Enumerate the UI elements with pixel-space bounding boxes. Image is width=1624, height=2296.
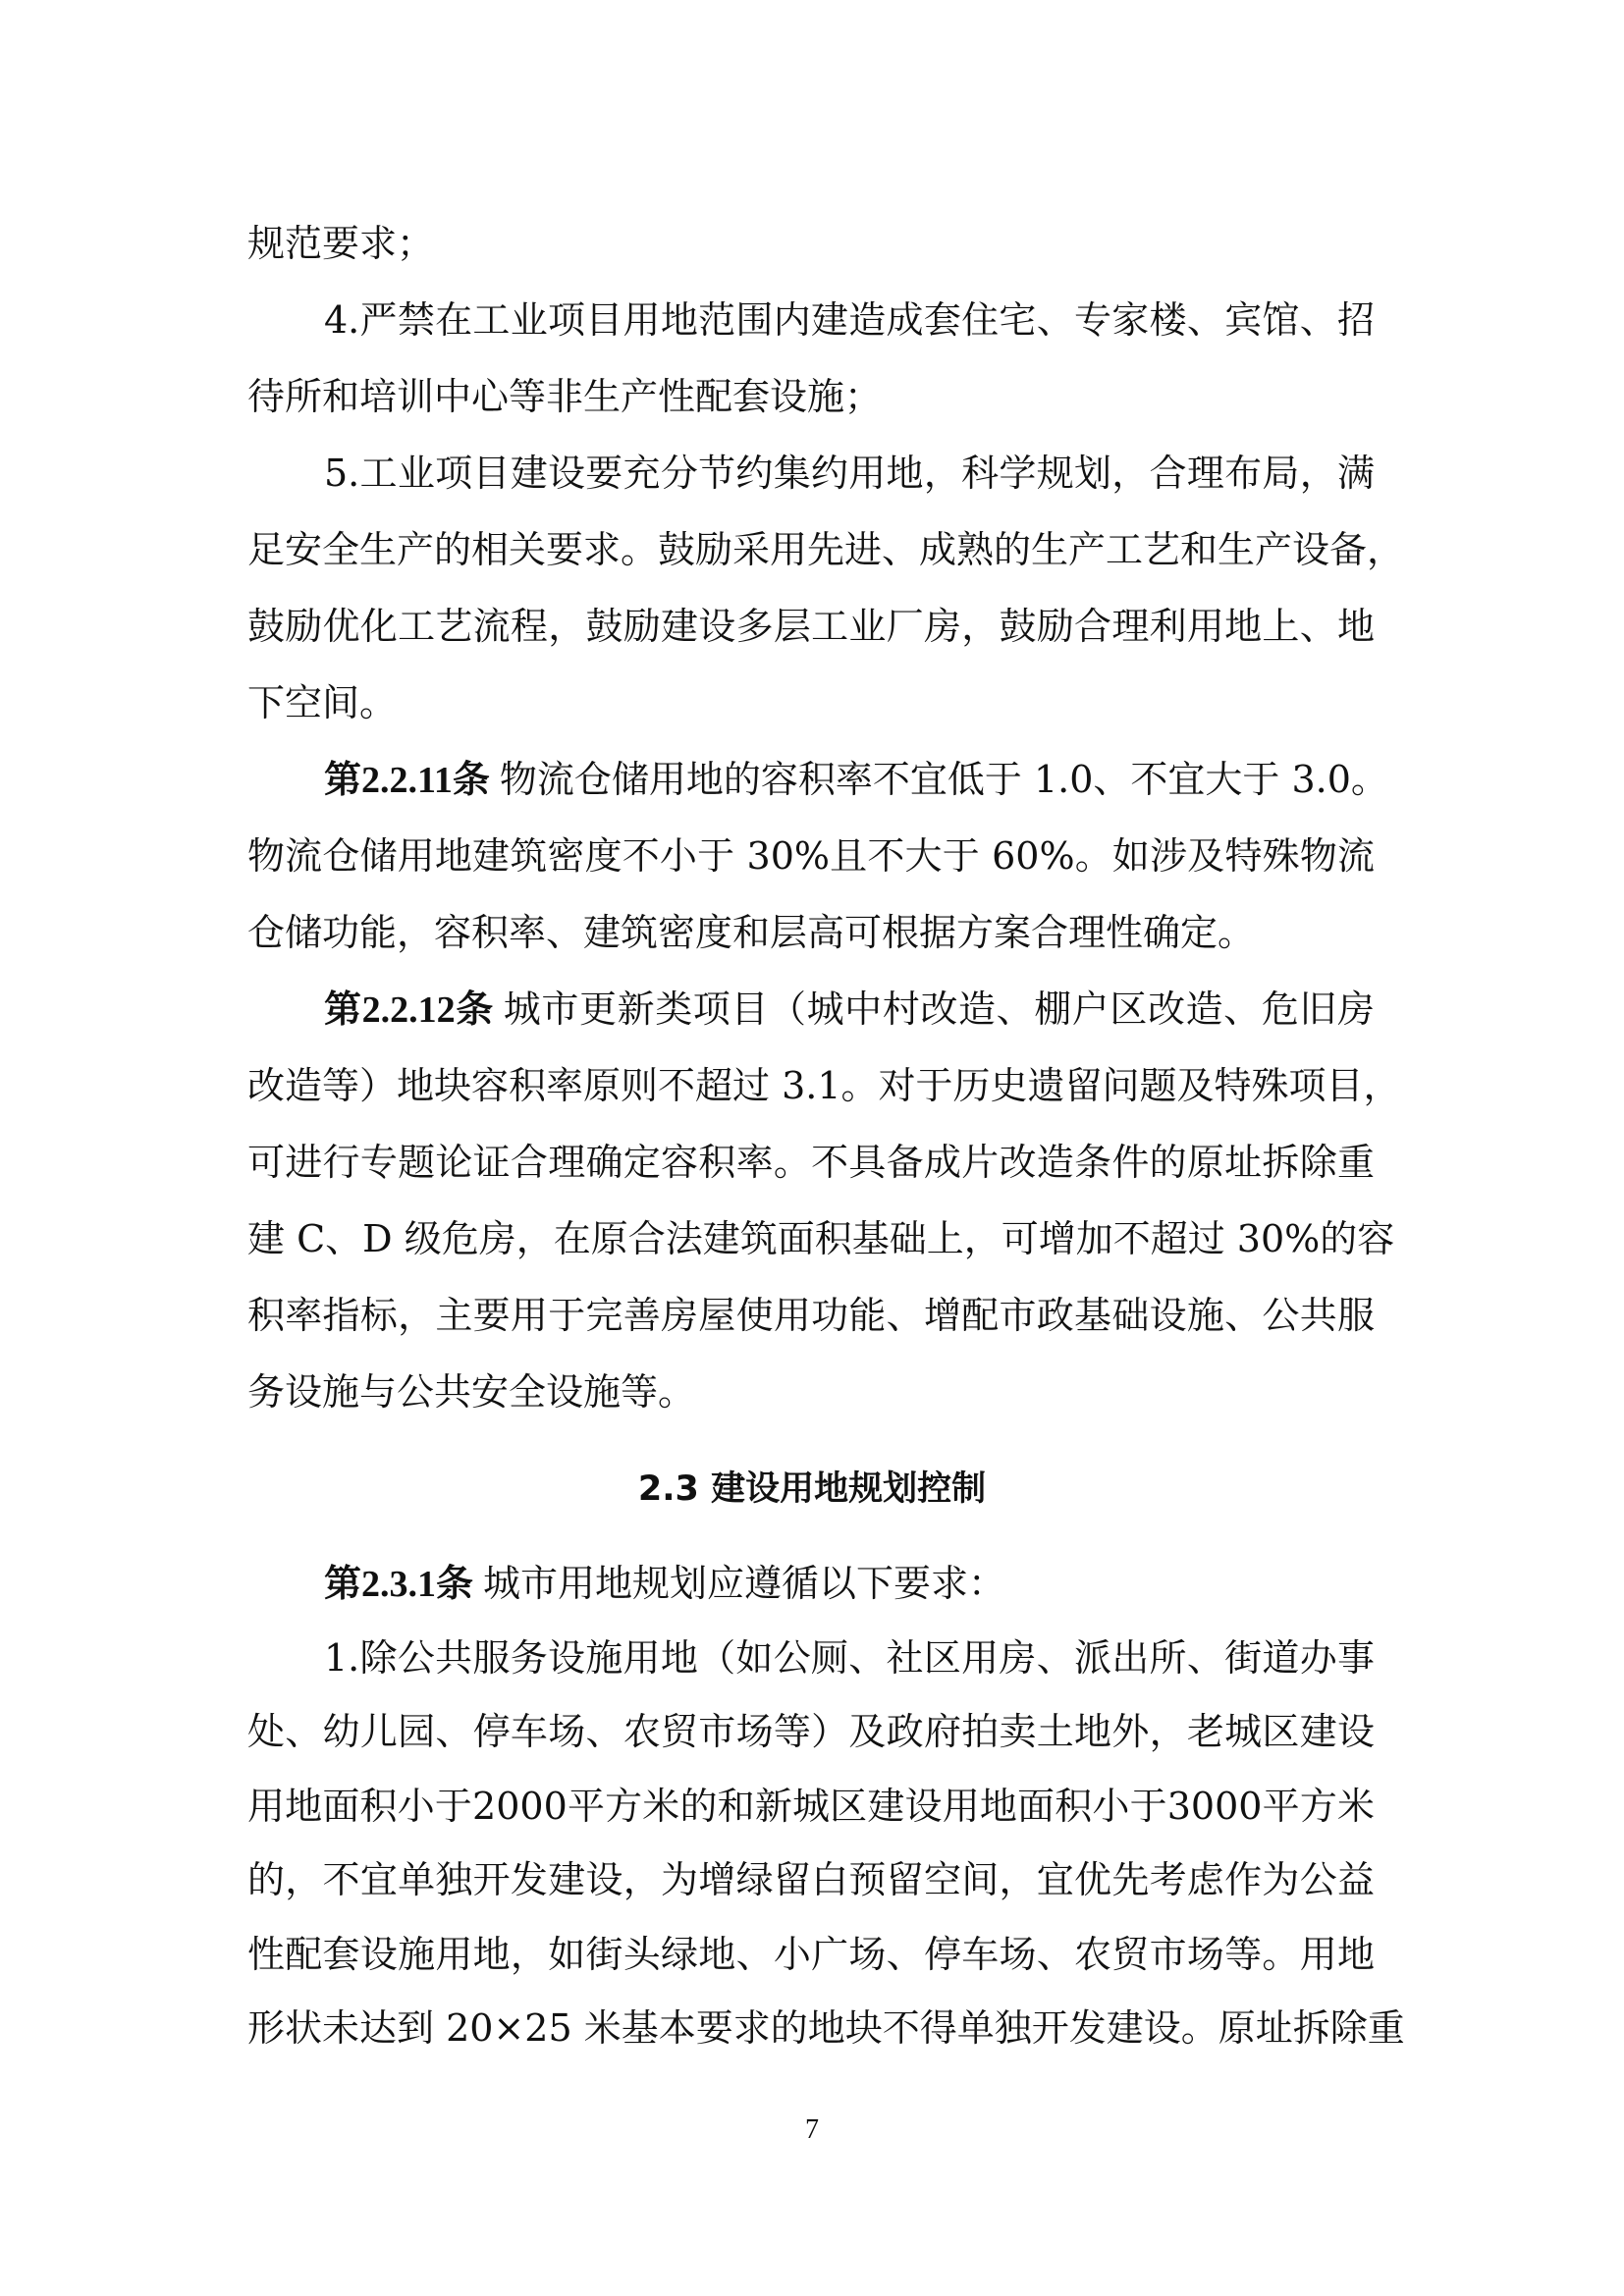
list-item-4: 4.严禁在工业项目用地范围内建造成套住宅、专家楼、宾馆、招 (247, 282, 1375, 358)
article-label: 第2.2.11条 (324, 760, 490, 801)
body-text-upper: 规范要求； 4.严禁在工业项目用地范围内建造成套住宅、专家楼、宾馆、招 待所和培… (247, 205, 1375, 1430)
text-line: 可进行专题论证合理确定容积率。不具备成片改造条件的原址拆除重 (247, 1124, 1375, 1201)
article-text: 物流仓储用地的容积率不宜低于 1.0、不宜大于 3.0。 (500, 758, 1388, 801)
text-line: 待所和培训中心等非生产性配套设施； (247, 358, 1375, 435)
text-line: 性配套设施用地，如街头绿地、小广场、停车场、农贸市场等。用地 (247, 1918, 1375, 1993)
text-line: 足安全生产的相关要求。鼓励采用先进、成熟的生产工艺和生产设备， (247, 511, 1375, 588)
text-line: 处、幼儿园、停车场、农贸市场等）及政府拍卖土地外，老城区建设 (247, 1695, 1375, 1770)
article-label: 第2.2.12条 (324, 989, 494, 1031)
article-2-2-11-first-line: 第2.2.11条物流仓储用地的容积率不宜低于 1.0、不宜大于 3.0。 (247, 741, 1375, 818)
text-line: 建 C、D 级危房，在原合法建筑面积基础上，可增加不超过 30%的容 (247, 1201, 1375, 1277)
body-text-lower: 第2.3.1条城市用地规划应遵循以下要求： 1.除公共服务设施用地（如公厕、社区… (247, 1547, 1375, 2066)
article-label: 第2.3.1条 (324, 1564, 473, 1605)
article-2-3-1-first-line: 第2.3.1条城市用地规划应遵循以下要求： (247, 1547, 1375, 1622)
text-line: 仓储功能，容积率、建筑密度和层高可根据方案合理性确定。 (247, 894, 1375, 971)
section-heading: 2.3 建设用地规划控制 (0, 1463, 1624, 1516)
article-text: 城市用地规划应遵循以下要求： (483, 1562, 1005, 1605)
text-line: 形状未达到 20×25 米基本要求的地块不得单独开发建设。原址拆除重 (247, 1992, 1375, 2066)
document-page: 规范要求； 4.严禁在工业项目用地范围内建造成套住宅、专家楼、宾馆、招 待所和培… (0, 0, 1624, 2296)
article-text: 城市更新类项目（城中村改造、棚户区改造、危旧房 (504, 988, 1375, 1031)
text-line: 改造等）地块容积率原则不超过 3.1。对于历史遗留问题及特殊项目， (247, 1047, 1375, 1124)
page-number: 7 (0, 2110, 1624, 2150)
text-line: 物流仓储用地建筑密度不小于 30%且不大于 60%。如涉及特殊物流 (247, 818, 1375, 894)
text-line: 下空间。 (247, 665, 1375, 741)
text-line: 务设施与公共安全设施等。 (247, 1354, 1375, 1430)
list-item-1: 1.除公共服务设施用地（如公厕、社区用房、派出所、街道办事 (247, 1622, 1375, 1696)
text-line: 的，不宜单独开发建设，为增绿留白预留空间，宜优先考虑作为公益 (247, 1843, 1375, 1918)
text-line: 规范要求； (247, 205, 1375, 282)
text-line: 积率指标，主要用于完善房屋使用功能、增配市政基础设施、公共服 (247, 1277, 1375, 1354)
article-2-2-12-first-line: 第2.2.12条城市更新类项目（城中村改造、棚户区改造、危旧房 (247, 971, 1375, 1047)
text-line: 鼓励优化工艺流程，鼓励建设多层工业厂房，鼓励合理利用地上、地 (247, 588, 1375, 665)
text-line: 用地面积小于2000平方米的和新城区建设用地面积小于3000平方米 (247, 1770, 1375, 1844)
list-item-5: 5.工业项目建设要充分节约集约用地，科学规划，合理布局，满 (247, 435, 1375, 511)
